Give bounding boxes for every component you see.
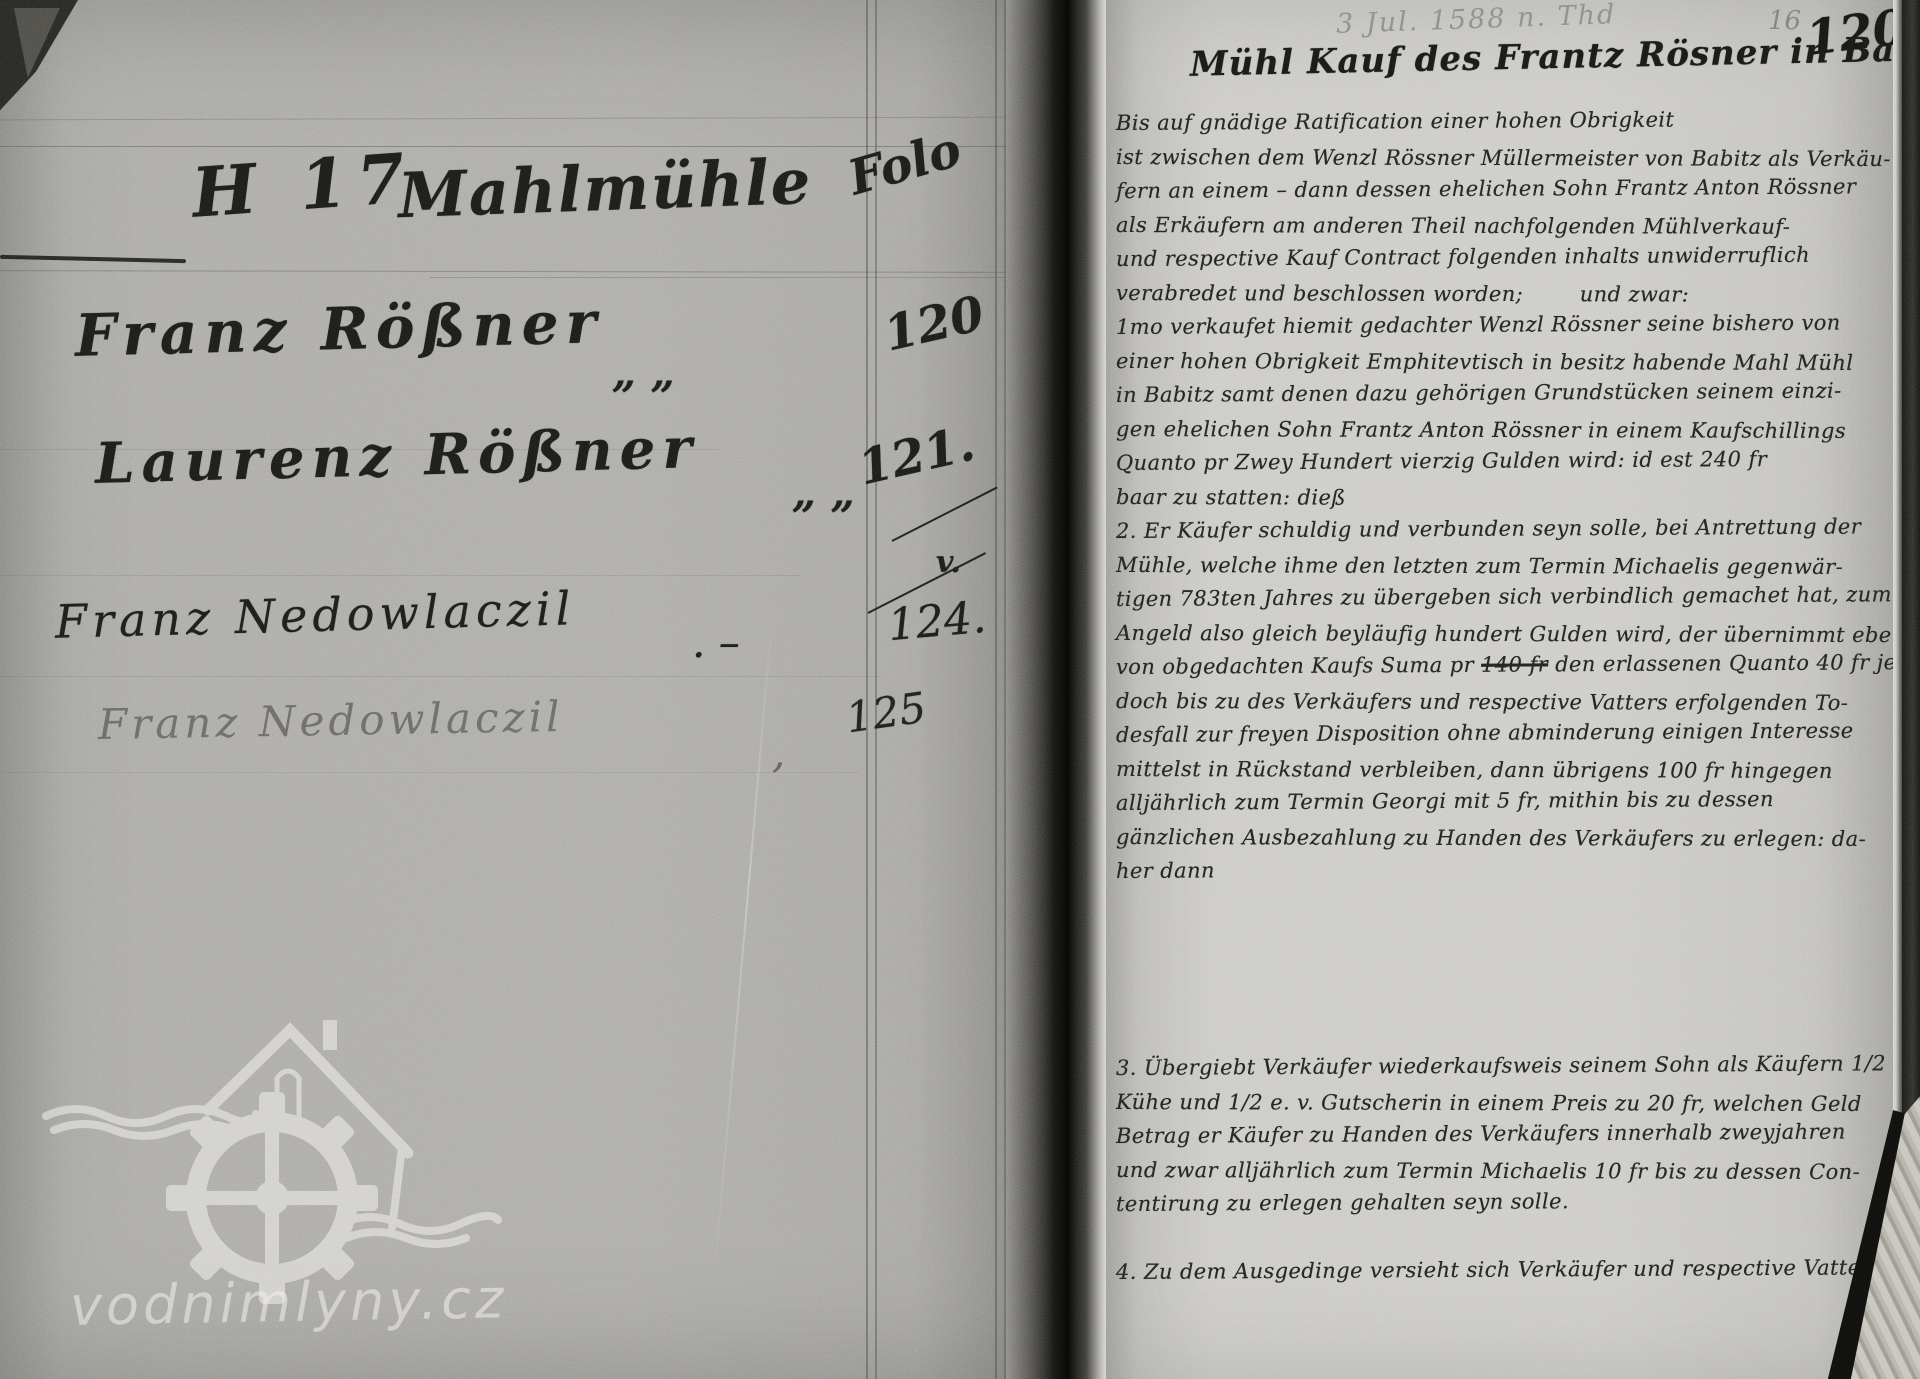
rule-line (0, 270, 1010, 273)
manuscript-line: desfall zur freyen Disposition ohne abmi… (1116, 713, 1888, 752)
index-entry-folio: 124. (886, 596, 987, 648)
index-header-title: Mahlmühle (397, 151, 813, 227)
rule-line (0, 676, 880, 677)
manuscript-line: her dann (1116, 849, 1888, 888)
left-page: H 17 Mahlmühle Folo Franz Rößner „ „ 120… (0, 0, 1040, 1379)
right-page: 3 Jul. 1588 n. Thd 16 120, Mühl Kauf des… (1106, 0, 1896, 1379)
manuscript-line: fern an einem – dann dessen ehelichen So… (1116, 169, 1888, 208)
manuscript-line: 3. Übergiebt Verkäufer wiederkaufsweis s… (1116, 1046, 1888, 1085)
index-entry-name: Franz Rößner (74, 293, 604, 365)
contract-paragraph: 1mo verkaufet hiemit gedachter Wenzl Rös… (1116, 310, 1888, 514)
manuscript-line: von obgedachten Kaufs Suma pr 140 fr den… (1116, 645, 1888, 684)
folio-column-line (995, 0, 997, 1379)
rule-line (0, 575, 800, 576)
rule-line (0, 146, 1010, 147)
contract-paragraph: 4. Zu dem Ausgedinge versieht sich Verkä… (1116, 1255, 1888, 1289)
index-entry-folio: 120 (880, 289, 988, 358)
contract-paragraph: Bis auf gnädige Ratification einer hohen… (1116, 106, 1888, 310)
index-entry-name-faint: Franz Nedowlaczil (98, 696, 564, 746)
index-header-numbering: H 17 (190, 144, 417, 227)
index-entry-folio: 121. (854, 419, 979, 492)
manuscript-line: Quanto pr Zwey Hundert vierzig Gulden wi… (1116, 441, 1888, 480)
ditto-marks: . – (692, 622, 740, 664)
contract-paragraph: 3. Übergiebt Verkäufer wiederkaufsweis s… (1116, 1051, 1888, 1221)
watermark-text: vodnimlyny.cz (70, 1272, 508, 1334)
scan-right-edge (1896, 0, 1920, 1379)
struck-text: 140 fr (1481, 652, 1548, 676)
manuscript-line: 4. Zu dem Ausgedinge versieht sich Verkä… (1116, 1250, 1888, 1289)
ditto-marks: , (772, 732, 785, 774)
index-entry-name: Franz Nedowlaczil (54, 585, 575, 645)
contract-body: Bis auf gnädige Ratification einer hohen… (1116, 106, 1888, 1366)
verso-mark: v. (936, 548, 961, 578)
header-underline-stroke (0, 255, 186, 263)
contract-paragraph: 2. Er Käufer schuldig und verbunden seyn… (1116, 514, 1888, 888)
manuscript-line: alljährlich zum Termin Georgi mit 5 fr, … (1116, 781, 1888, 820)
manuscript-line: tentirung zu erlegen gehalten seyn solle… (1116, 1182, 1888, 1221)
paper-crease (711, 601, 774, 1299)
ditto-marks: „ „ (792, 472, 855, 514)
index-entry-name: Laurenz Rößner (94, 420, 699, 492)
manuscript-book-scan: H 17 Mahlmühle Folo Franz Rößner „ „ 120… (0, 0, 1920, 1379)
rule-line (0, 117, 1010, 121)
folio-verso-slash (892, 487, 998, 542)
pencil-folio-number: 16 (1768, 8, 1801, 34)
manuscript-line: und respective Kauf Contract folgenden i… (1116, 237, 1888, 276)
manuscript-line: Betrag er Käufer zu Handen des Verkäufer… (1116, 1114, 1888, 1153)
ditto-marks: „ „ (612, 352, 675, 394)
pencil-date-annotation: 3 Jul. 1588 n. Thd (1336, 1, 1617, 38)
manuscript-line: Bis auf gnädige Ratification einer hohen… (1116, 101, 1888, 140)
index-entry-folio: 125 (843, 687, 928, 740)
index-header-folio-label: Folo (844, 125, 967, 202)
manuscript-line: 2. Er Käufer schuldig und verbunden seyn… (1116, 509, 1888, 548)
contract-title: Mühl Kauf des Frantz Rösner in Babitz. (1190, 33, 1831, 84)
rule-line (0, 772, 860, 773)
manuscript-line: tigen 783ten Jahres zu übergeben sich ve… (1116, 577, 1888, 616)
manuscript-line: 1mo verkaufet hiemit gedachter Wenzl Rös… (1116, 305, 1888, 344)
book-spine-shadow (1006, 0, 1106, 1379)
rule-line (430, 277, 1010, 278)
manuscript-line: in Babitz samt denen dazu gehörigen Grun… (1116, 373, 1888, 412)
